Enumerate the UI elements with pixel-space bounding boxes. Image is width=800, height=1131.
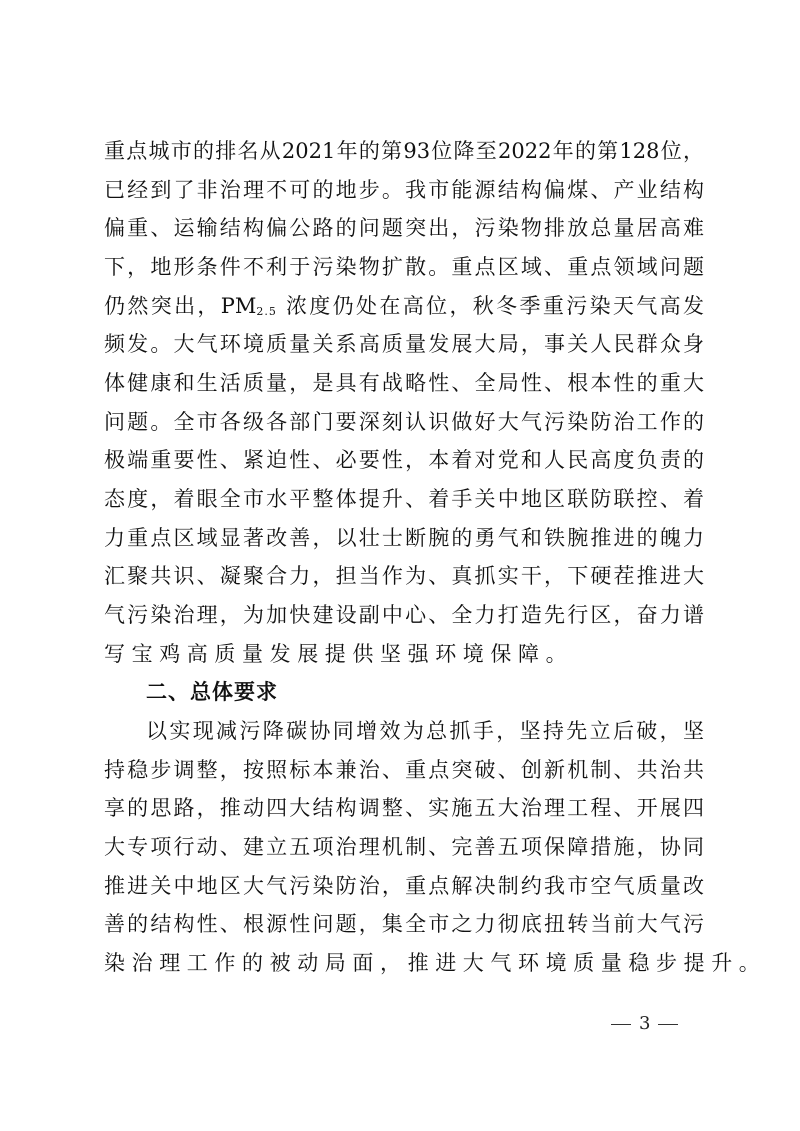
page-number-value: 3: [639, 1013, 650, 1034]
paragraph-line: 下，地形条件不利于污染物扩散。重点区域、重点领域问题: [104, 252, 704, 282]
page-number: 3: [603, 1012, 686, 1036]
paragraph-line: 极端重要性、紧迫性、必要性，本着对党和人民高度负责的: [104, 445, 704, 475]
paragraph-line: 大专项行动、建立五项治理机制、完善五项保障措施，协同: [104, 832, 704, 862]
paragraph-line: 写宝鸡高质量发展提供坚强环境保障。: [104, 639, 704, 669]
paragraph-line: 染治理工作的被动局面，推进大气环境质量稳步提升。: [104, 948, 704, 978]
paragraph-line: 持稳步调整，按照标本兼治、重点突破、创新机制、共治共: [104, 755, 704, 785]
paragraph-line: 气污染治理，为加快建设副中心、全力打造先行区，奋力谱: [104, 600, 704, 630]
paragraph-line: 体健康和生活质量，是具有战略性、全局性、根本性的重大: [104, 368, 704, 398]
dash-left: [611, 1024, 631, 1025]
dash-right: [658, 1024, 678, 1025]
document-page: 重点城市的排名从2021年的第93位降至2022年的第128位， 已经到了非治理…: [0, 0, 800, 1131]
section-heading: 二、总体要求: [146, 677, 278, 707]
paragraph-line: 已经到了非治理不可的地步。我市能源结构偏煤、产业结构: [104, 175, 704, 205]
pm-rest-text: 浓度仍处在高位，秋冬季重污染天气高发: [286, 294, 704, 318]
paragraph-line: 推进关中地区大气污染防治，重点解决制约我市空气质量改: [104, 871, 704, 901]
paragraph-line: 享的思路，推动四大结构调整、实施五大治理工程、开展四: [104, 793, 704, 823]
paragraph-line: 善的结构性、根源性问题，集全市之力彻底扭转当前大气污: [104, 909, 704, 939]
paragraph-line-pm25: 仍然突出，PM2.5 浓度仍处在高位，秋冬季重污染天气高发: [104, 291, 704, 321]
paragraph-line: 力重点区域显著改善，以壮士断腕的勇气和铁腕推进的魄力: [104, 523, 704, 553]
paragraph-line: 重点城市的排名从2021年的第93位降至2022年的第128位，: [104, 136, 704, 166]
pm-subscript: 2.5: [256, 305, 277, 318]
paragraph-line: 问题。全市各级各部门要深刻认识做好大气污染防治工作的: [104, 407, 704, 437]
paragraph-line: 态度，着眼全市水平整体提升、着手关中地区联防联控、着: [104, 484, 704, 514]
paragraph-line: 以实现减污降碳协同增效为总抓手，坚持先立后破，坚: [146, 716, 704, 746]
paragraph-line: 汇聚共识、凝聚合力，担当作为、真抓实干，下硬茬推进大: [104, 561, 704, 591]
paragraph-line: 偏重、运输结构偏公路的问题突出，污染物排放总量居高难: [104, 213, 704, 243]
paragraph-line: 频发。大气环境质量关系高质量发展大局，事关人民群众身: [104, 329, 704, 359]
pm-text: 仍然突出，PM: [104, 294, 256, 318]
